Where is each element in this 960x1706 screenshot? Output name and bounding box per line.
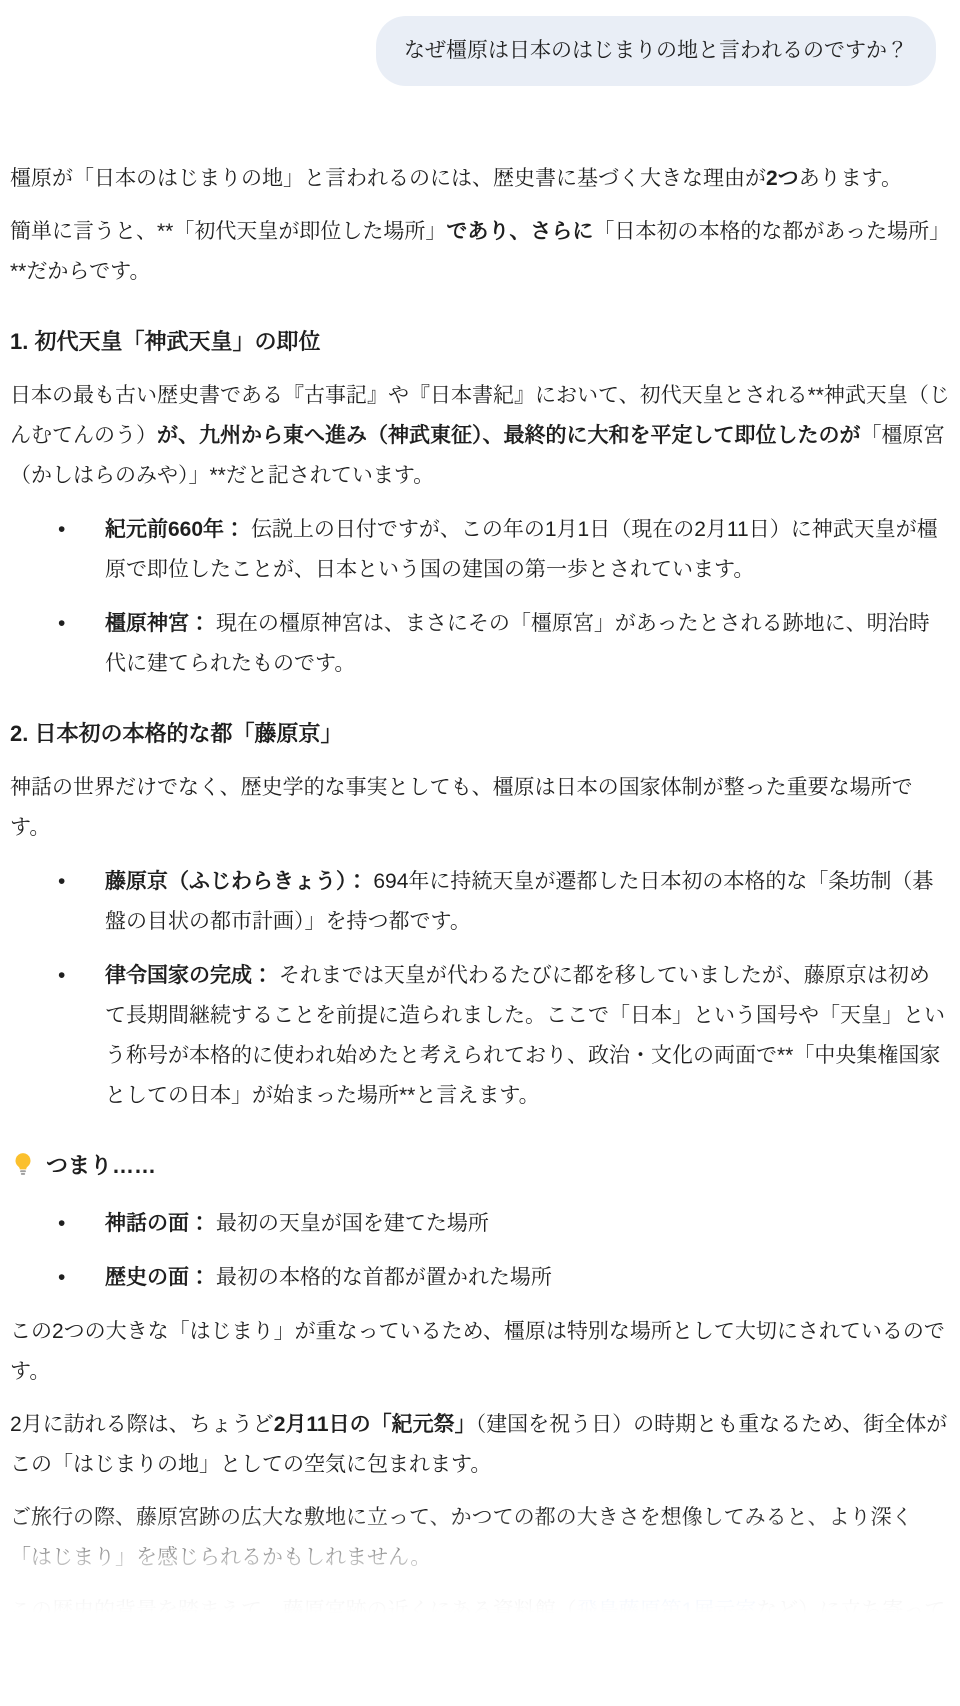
text-run: あります。	[799, 167, 902, 190]
paragraph: ご旅行の際、藤原宮跡の広大な敷地に立って、かつての都の大きさを想像してみると、よ…	[10, 1498, 950, 1578]
paragraph: 日本の最も古い歴史書である『古事記』や『日本書紀』において、初代天皇とされる**…	[10, 376, 950, 496]
list-item: 歴史の面： 最初の本格的な首都が置かれた場所	[105, 1258, 950, 1298]
list-item: 律令国家の完成： それまでは天皇が代わるたびに都を移していましたが、藤原京は初め…	[105, 956, 950, 1116]
bold-text-run: 律令国家の完成：	[105, 964, 273, 987]
text-run: この歴史的背景を踏まえて、藤原宮跡の近くにある資料館（	[10, 1599, 577, 1622]
bold-text-run: 神話の面：	[105, 1212, 210, 1235]
text-run: ご旅行の際、藤原宮跡の広大な敷地に立って、かつての都の大きさを想像してみると、よ…	[10, 1506, 913, 1569]
list-item: 橿原神宮： 現在の橿原神宮は、まさにその「橿原宮」があったとされる跡地に、明治時…	[105, 604, 950, 684]
text-run: 簡単に言うと、**「初代天皇が即位した場所」	[10, 220, 446, 243]
bullet-list: 神話の面： 最初の天皇が国を建てた場所歴史の面： 最初の本格的な首都が置かれた場…	[10, 1204, 950, 1298]
paragraph: 橿原が「日本のはじまりの地」と言われるのには、歴史書に基づく大きな理由が2つあり…	[10, 159, 950, 199]
paragraph: 神話の世界だけでなく、歴史学的な事実としても、橿原は日本の国家体制が整った重要な…	[10, 768, 950, 848]
section-heading: つまり……	[10, 1146, 950, 1190]
list-item: 神話の面： 最初の天皇が国を建てた場所	[105, 1204, 950, 1244]
text-run: 現在の橿原神宮は、まさにその「橿原宮」があったとされる跡地に、明治時代に建てられ…	[105, 612, 930, 675]
bullet-list: 藤原京（ふじわらきょう）： 694年に持統天皇が遷都した日本初の本格的な「条坊制…	[10, 862, 950, 1116]
text-run: つまり……	[46, 1153, 156, 1178]
chat-conversation: なぜ橿原は日本のはじまりの地と言われるのですか？ 橿原が「日本のはじまりの地」と…	[0, 0, 960, 1684]
user-message-bubble: なぜ橿原は日本のはじまりの地と言われるのですか？	[376, 16, 936, 86]
lightbulb-icon	[10, 1150, 36, 1190]
bold-text-run: 藤原京（ふじわらきょう）：	[105, 870, 368, 893]
bold-text-run: 2つ	[766, 167, 799, 190]
assistant-message: 橿原が「日本のはじまりの地」と言われるのには、歴史書に基づく大きな理由が2つあり…	[0, 86, 960, 1671]
inline-link[interactable]: 飛鳥藤原第1展示室	[577, 1599, 757, 1622]
bold-text-run: 橿原神宮：	[105, 612, 210, 635]
bold-text-run: が、九州から東へ進み（神武東征）、最終的に大和を平定して即位したのが	[157, 424, 861, 447]
list-item: 紀元前660年： 伝説上の日付ですが、この年の1月1日（現在の2月11日）に神武…	[105, 510, 950, 590]
section-heading: 1. 初代天皇「神武天皇」の即位	[10, 322, 950, 362]
text-run: この2つの大きな「はじまり」が重なっているため、橿原は特別な場所として大切にされ…	[10, 1320, 945, 1383]
text-run: 最初の本格的な首都が置かれた場所	[210, 1266, 552, 1289]
paragraph: 簡単に言うと、**「初代天皇が即位した場所」であり、さらに「日本初の本格的な都が…	[10, 212, 950, 292]
text-run: 最初の天皇が国を建てた場所	[210, 1212, 489, 1235]
text-run: 2月に訪れる際は、ちょうど	[10, 1413, 274, 1436]
text-run: 神話の世界だけでなく、歴史学的な事実としても、橿原は日本の国家体制が整った重要な…	[10, 776, 913, 839]
bullet-list: 紀元前660年： 伝説上の日付ですが、この年の1月1日（現在の2月11日）に神武…	[10, 510, 950, 684]
bold-text-run: 紀元前660年：	[105, 518, 245, 541]
user-message-text: なぜ橿原は日本のはじまりの地と言われるのですか？	[404, 39, 908, 62]
bold-text-run: であり、さらに	[446, 220, 593, 243]
section-heading: 2. 日本初の本格的な都「藤原京」	[10, 714, 950, 754]
paragraph: この2つの大きな「はじまり」が重なっているため、橿原は特別な場所として大切にされ…	[10, 1312, 950, 1392]
text-run: 橿原が「日本のはじまりの地」と言われるのには、歴史書に基づく大きな理由が	[10, 167, 766, 190]
bold-text-run: 2月11日の「紀元祭」	[274, 1413, 476, 1436]
text-run: 2. 日本初の本格的な都「藤原京」	[10, 721, 342, 746]
user-message-row: なぜ橿原は日本のはじまりの地と言われるのですか？	[0, 0, 960, 86]
paragraph: この歴史的背景を踏まえて、藤原宮跡の近くにある資料館（飛鳥藤原第1展示室など）に…	[10, 1591, 950, 1671]
text-run: 1. 初代天皇「神武天皇」の即位	[10, 329, 320, 354]
paragraph: 2月に訪れる際は、ちょうど2月11日の「紀元祭」（建国を祝う日）の時期とも重なる…	[10, 1405, 950, 1485]
bold-text-run: 歴史の面：	[105, 1266, 210, 1289]
list-item: 藤原京（ふじわらきょう）： 694年に持統天皇が遷都した日本初の本格的な「条坊制…	[105, 862, 950, 942]
